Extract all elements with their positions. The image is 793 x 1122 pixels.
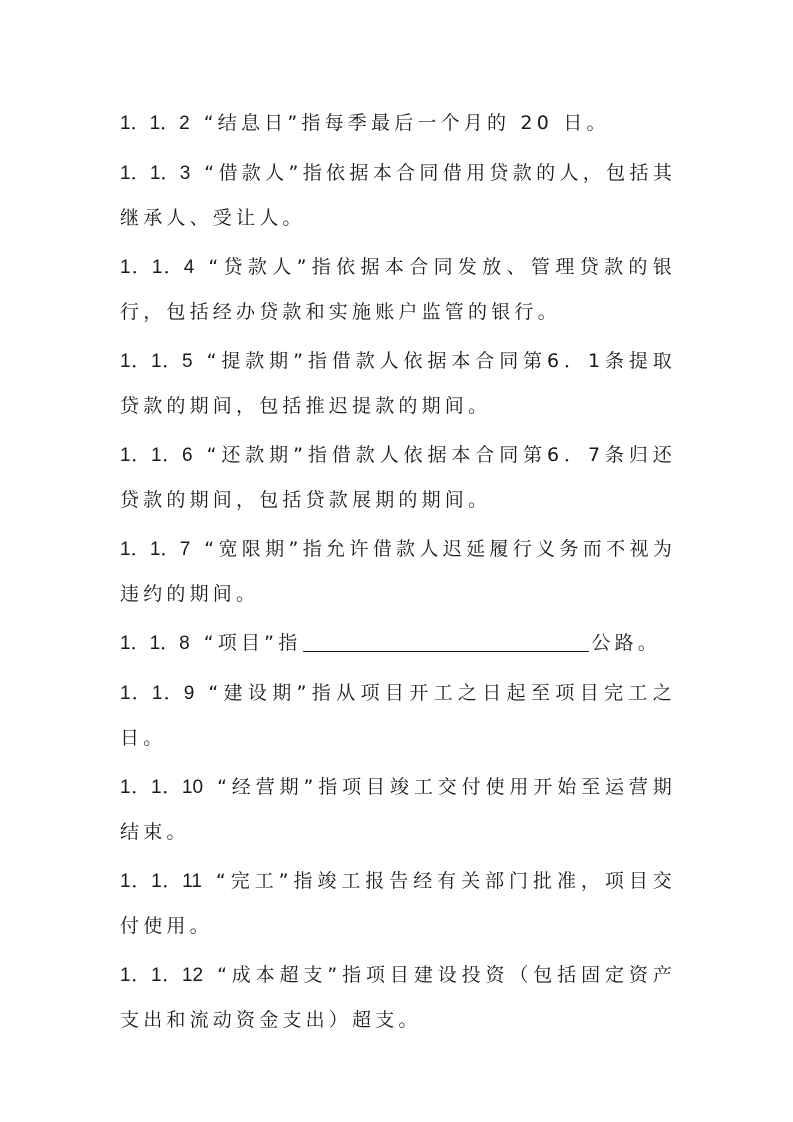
defined-term: “借款人”	[204, 162, 302, 184]
defined-term: “宽限期”	[204, 538, 302, 560]
defined-term: “提款期”	[207, 350, 308, 372]
clause-number: 1．1．11	[120, 871, 202, 892]
defined-term: “成本超支”	[217, 964, 341, 986]
clause-1-1-6: 1．1．6“还款期”指借款人依据本合同第6．7条归还贷款的期间，包括贷款展期的期…	[120, 433, 676, 522]
clause-text: 指竣工报告经有关部门批准，项目交付使用。	[120, 870, 676, 937]
clause-1-1-10: 1．1．10“经营期”指项目竣工交付使用开始至运营期结束。	[120, 765, 676, 854]
clause-text: 指从项目开工之日起至项目完工之日。	[120, 682, 676, 749]
clause-1-1-7: 1．1．7“宽限期”指允许借款人迟延履行义务而不视为违约的期间。	[120, 527, 676, 616]
clause-number: 1．1．10	[120, 777, 203, 798]
clause-number: 1．1．3	[120, 163, 190, 184]
defined-term: “项目”	[204, 632, 279, 654]
document-page: 1．1．2“结息日”指每季最后一个月的 20 日。 1．1．3“借款人”指依据本…	[0, 0, 793, 1122]
clause-number: 1．1．6	[120, 445, 193, 466]
defined-term: “贷款人”	[208, 256, 310, 278]
clause-text: 指借款人依据本合同第6．7条归还贷款的期间，包括贷款展期的期间。	[120, 444, 676, 511]
clause-text-after: 公路。	[591, 632, 661, 654]
clause-text: 指依据本合同发放、管理贷款的银行，包括经办贷款和实施账户监管的银行。	[120, 256, 676, 323]
clause-1-1-2: 1．1．2“结息日”指每季最后一个月的 20 日。	[120, 101, 676, 146]
clause-text: 指项目竣工交付使用开始至运营期结束。	[120, 776, 676, 843]
defined-term: “建设期”	[208, 682, 310, 704]
clause-1-1-5: 1．1．5“提款期”指借款人依据本合同第6．1条提取贷款的期间，包括推迟提款的期…	[120, 339, 676, 428]
defined-term: “还款期”	[207, 444, 308, 466]
clause-number: 1．1．4	[120, 257, 194, 278]
defined-term: “完工”	[216, 870, 293, 892]
clause-number: 1．1．12	[120, 965, 203, 986]
clause-number: 1．1．9	[120, 683, 194, 704]
definitions-section: 1．1．2“结息日”指每季最后一个月的 20 日。 1．1．3“借款人”指依据本…	[120, 101, 676, 1047]
clause-number: 1．1．2	[120, 113, 190, 134]
defined-term: “结息日”	[204, 112, 302, 134]
clause-1-1-11: 1．1．11“完工”指竣工报告经有关部门批准，项目交付使用。	[120, 859, 676, 948]
clause-number: 1．1．8	[120, 633, 190, 654]
clause-number: 1．1．5	[120, 351, 193, 372]
defined-term: “经营期”	[217, 776, 317, 798]
clause-1-1-12: 1．1．12“成本超支”指项目建设投资（包括固定资产支出和流动资金支出）超支。	[120, 953, 676, 1042]
clause-number: 1．1．7	[120, 539, 190, 560]
clause-1-1-3: 1．1．3“借款人”指依据本合同借用贷款的人，包括其继承人、受让人。	[120, 151, 676, 240]
clause-1-1-4: 1．1．4“贷款人”指依据本合同发放、管理贷款的银行，包括经办贷款和实施账户监管…	[120, 245, 676, 334]
clause-1-1-8: 1．1．8“项目”指公路。	[120, 621, 676, 666]
clause-text: 指每季最后一个月的 20 日。	[301, 112, 609, 134]
clause-text: 指借款人依据本合同第6．1条提取贷款的期间，包括推迟提款的期间。	[120, 350, 676, 417]
clause-1-1-9: 1．1．9“建设期”指从项目开工之日起至项目完工之日。	[120, 671, 676, 760]
clause-text-before: 指	[278, 632, 301, 654]
project-name-blank[interactable]	[303, 629, 589, 652]
clause-text: 指项目建设投资（包括固定资产支出和流动资金支出）超支。	[120, 964, 676, 1031]
